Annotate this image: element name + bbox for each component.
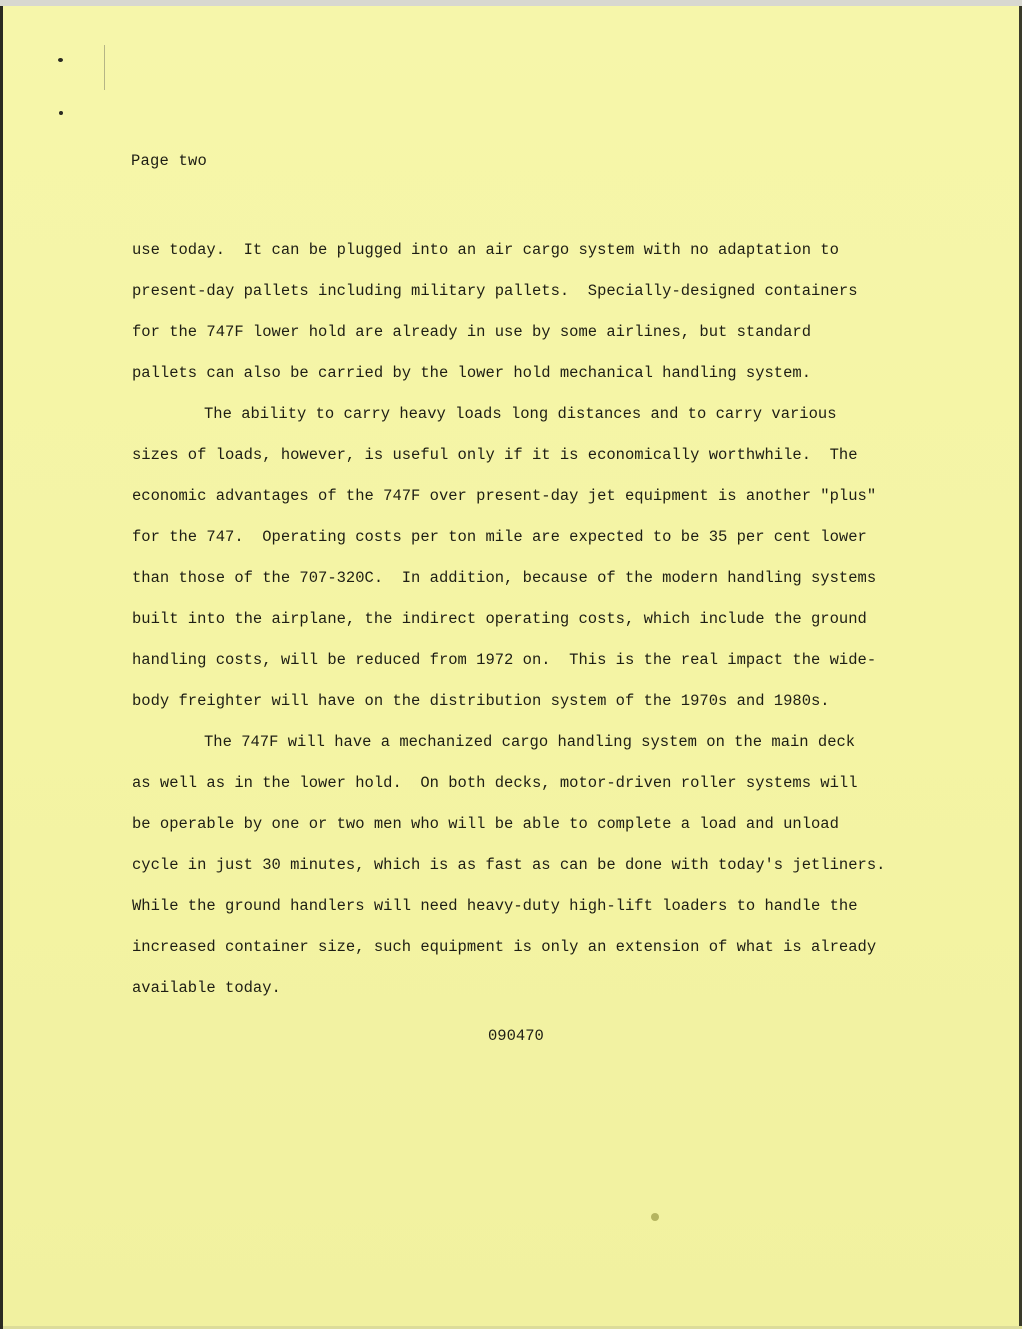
scan-edge	[0, 0, 1022, 6]
text-line: than those of the 707-320C. In addition,…	[132, 558, 962, 599]
text-line: pallets can also be carried by the lower…	[132, 353, 962, 394]
text-line: available today.	[132, 968, 962, 1009]
text-line: for the 747F lower hold are already in u…	[132, 312, 962, 353]
text-line: cycle in just 30 minutes, which is as fa…	[132, 845, 962, 886]
text-line: body freighter will have on the distribu…	[132, 681, 962, 722]
margin-guide-line	[104, 45, 105, 90]
text-line: sizes of loads, however, is useful only …	[132, 435, 962, 476]
paper-stain	[651, 1213, 659, 1221]
text-line: be operable by one or two men who will b…	[132, 804, 962, 845]
text-line: for the 747. Operating costs per ton mil…	[132, 517, 962, 558]
page-header: Page two	[131, 152, 207, 170]
text-line: built into the airplane, the indirect op…	[132, 599, 962, 640]
text-line: handling costs, will be reduced from 197…	[132, 640, 962, 681]
text-line: economic advantages of the 747F over pre…	[132, 476, 962, 517]
text-line: as well as in the lower hold. On both de…	[132, 763, 962, 804]
text-line: present-day pallets including military p…	[132, 271, 962, 312]
margin-mark-bottom	[59, 111, 63, 115]
margin-mark-top	[58, 58, 63, 62]
text-line: While the ground handlers will need heav…	[132, 886, 962, 927]
body-text: use today. It can be plugged into an air…	[132, 230, 962, 1009]
text-line: increased container size, such equipment…	[132, 927, 962, 968]
text-line: The ability to carry heavy loads long di…	[132, 394, 962, 435]
text-line: The 747F will have a mechanized cargo ha…	[132, 722, 962, 763]
text-line: use today. It can be plugged into an air…	[132, 230, 962, 271]
paper-page: Page two use today. It can be plugged in…	[0, 0, 1022, 1329]
document-number: 090470	[488, 1027, 544, 1045]
